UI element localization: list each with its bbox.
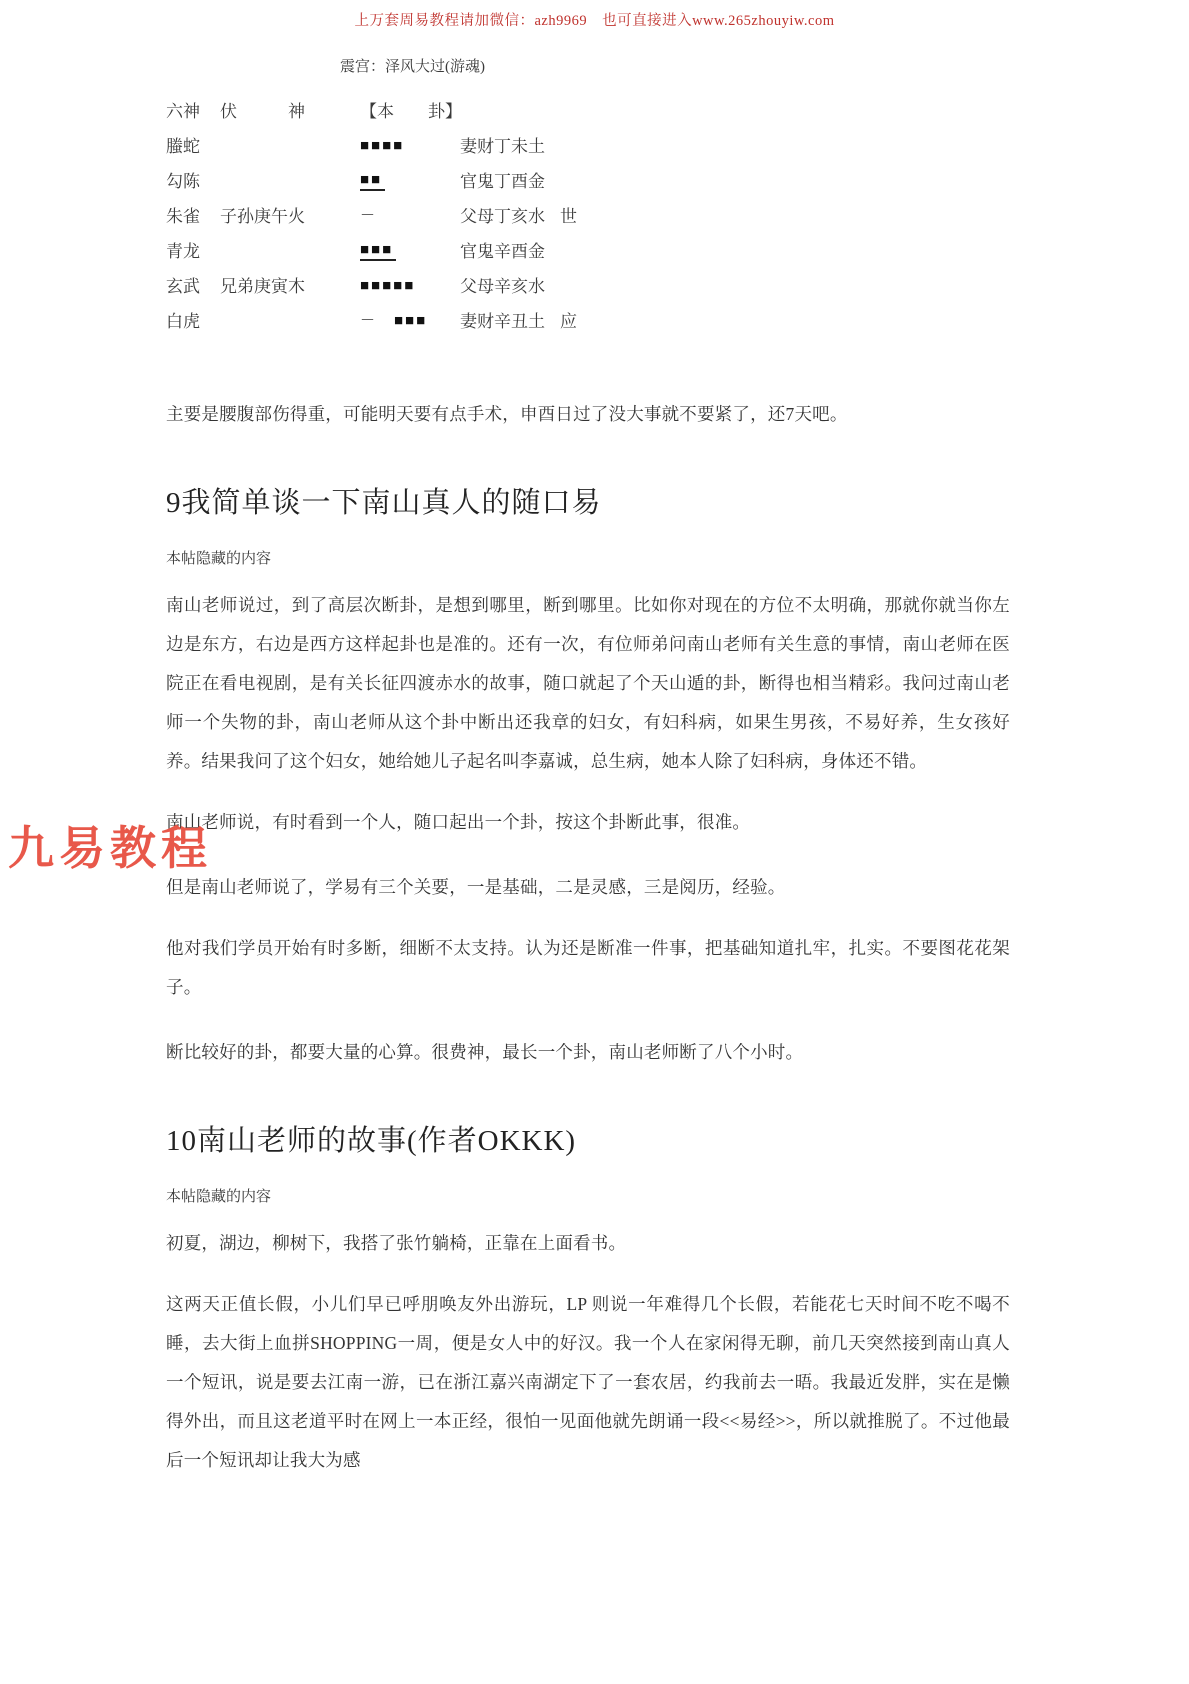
hexagram-palace-line: 震宫：泽风大过(游魂) <box>340 55 1010 76</box>
shi-ying-marker: 应 <box>560 307 577 332</box>
hexagram-row: 白虎 － ■■■ 妻财辛丑土 应 <box>166 302 1010 337</box>
hexagram-row: 勾陈 ■■ 官鬼丁酉金 <box>166 162 1010 197</box>
hexagram-row: 玄武 兄弟庚寅木 ■■■■■ 父母辛亥水 <box>166 267 1010 302</box>
document-page: 上万套周易教程请加微信：azh9969 也可直接进入www.265zhouyiw… <box>0 0 1189 1684</box>
shi-ying-marker: 世 <box>560 202 577 227</box>
yao-line-symbol: ■■■■■ <box>360 279 415 294</box>
six-god-label: 青龙 <box>166 237 220 262</box>
main-hexagram-header: 【本 卦】 <box>360 97 462 122</box>
yao-line-symbol: ■■ <box>360 173 385 191</box>
hexagram-row: 青龙 ■■■ 官鬼辛酉金 <box>166 232 1010 267</box>
section-10-paragraph: 这两天正值长假，小儿们早已呼朋唤友外出游玩，LP 则说一年难得几个长假，若能花七… <box>166 1285 1010 1480</box>
line-symbol-cell: ■■■■■ <box>360 275 460 295</box>
yao-name-label: 官鬼辛酉金 <box>460 237 560 262</box>
yao-line-symbol: － ■■■ <box>360 314 427 329</box>
yao-name-label: 父母辛亥水 <box>460 272 560 297</box>
hidden-content-label: 本帖隐藏的内容 <box>166 547 1010 568</box>
yao-name-label: 妻财辛丑土 <box>460 307 560 332</box>
divination-note: 主要是腰腹部伤得重，可能明天要有点手术，申酉日过了没大事就不要紧了，还7天吧。 <box>166 395 1010 434</box>
six-god-label: 螣蛇 <box>166 132 220 157</box>
section-10-paragraph: 初夏，湖边，柳树下，我搭了张竹躺椅，正靠在上面看书。 <box>166 1224 1010 1263</box>
line-symbol-cell: ■■■ <box>360 239 460 261</box>
hexagram-row: 朱雀 子孙庚午火 － 父母丁亥水 世 <box>166 197 1010 232</box>
section-10-heading: 10南山老师的故事(作者OKKK) <box>166 1118 1010 1159</box>
section-9-paragraph: 断比较好的卦，都要大量的心算。很费神，最长一个卦，南山老师断了八个小时。 <box>166 1033 1010 1072</box>
hexagram-table: 六神 伏 神 【本 卦】 螣蛇 ■■■■ 妻财丁未土 勾陈 ■■ 官鬼丁酉金 朱… <box>166 92 1010 337</box>
yao-line-symbol: ■■■■ <box>360 139 404 154</box>
hidden-spirit-label: 子孙庚午火 <box>220 202 360 227</box>
six-god-label: 白虎 <box>166 307 220 332</box>
watermark: 九易教程 <box>8 812 212 878</box>
six-god-label: 玄武 <box>166 272 220 297</box>
yao-name-label: 官鬼丁酉金 <box>460 167 560 192</box>
section-9-heading: 9我简单谈一下南山真人的随口易 <box>166 480 1010 521</box>
section-9-paragraph: 南山老师说，有时看到一个人，随口起出一个卦，按这个卦断此事，很准。 <box>166 803 1010 842</box>
hidden-spirit-header: 伏 神 <box>220 97 360 122</box>
line-symbol-cell: ■■ <box>360 169 460 191</box>
hexagram-header-row: 六神 伏 神 【本 卦】 <box>166 92 1010 127</box>
section-9-paragraph: 他对我们学员开始有时多断，细断不太支持。认为还是断准一件事，把基础知道扎牢，扎实… <box>166 929 1010 1007</box>
yao-line-symbol: ■■■ <box>360 243 396 261</box>
yao-name-label: 父母丁亥水 <box>460 202 560 227</box>
hidden-spirit-label: 兄弟庚寅木 <box>220 272 360 297</box>
line-symbol-cell: － ■■■ <box>360 310 460 330</box>
header-notice: 上万套周易教程请加微信：azh9969 也可直接进入www.265zhouyiw… <box>0 0 1189 30</box>
section-9-paragraph: 但是南山老师说了，学易有三个关要，一是基础，二是灵感，三是阅历，经验。 <box>166 868 1010 907</box>
yao-line-symbol: － <box>360 209 377 224</box>
line-symbol-cell: ■■■■ <box>360 135 460 155</box>
section-9-paragraph: 南山老师说过，到了高层次断卦，是想到哪里，断到哪里。比如你对现在的方位不太明确，… <box>166 586 1010 781</box>
six-gods-header: 六神 <box>166 97 220 122</box>
content-area: 震宫：泽风大过(游魂) 六神 伏 神 【本 卦】 螣蛇 ■■■■ 妻财丁未土 勾… <box>166 55 1010 1480</box>
line-symbol-cell: － <box>360 205 460 225</box>
hexagram-row: 螣蛇 ■■■■ 妻财丁未土 <box>166 127 1010 162</box>
six-god-label: 朱雀 <box>166 202 220 227</box>
six-god-label: 勾陈 <box>166 167 220 192</box>
hidden-content-label: 本帖隐藏的内容 <box>166 1185 1010 1206</box>
yao-name-label: 妻财丁未土 <box>460 132 560 157</box>
